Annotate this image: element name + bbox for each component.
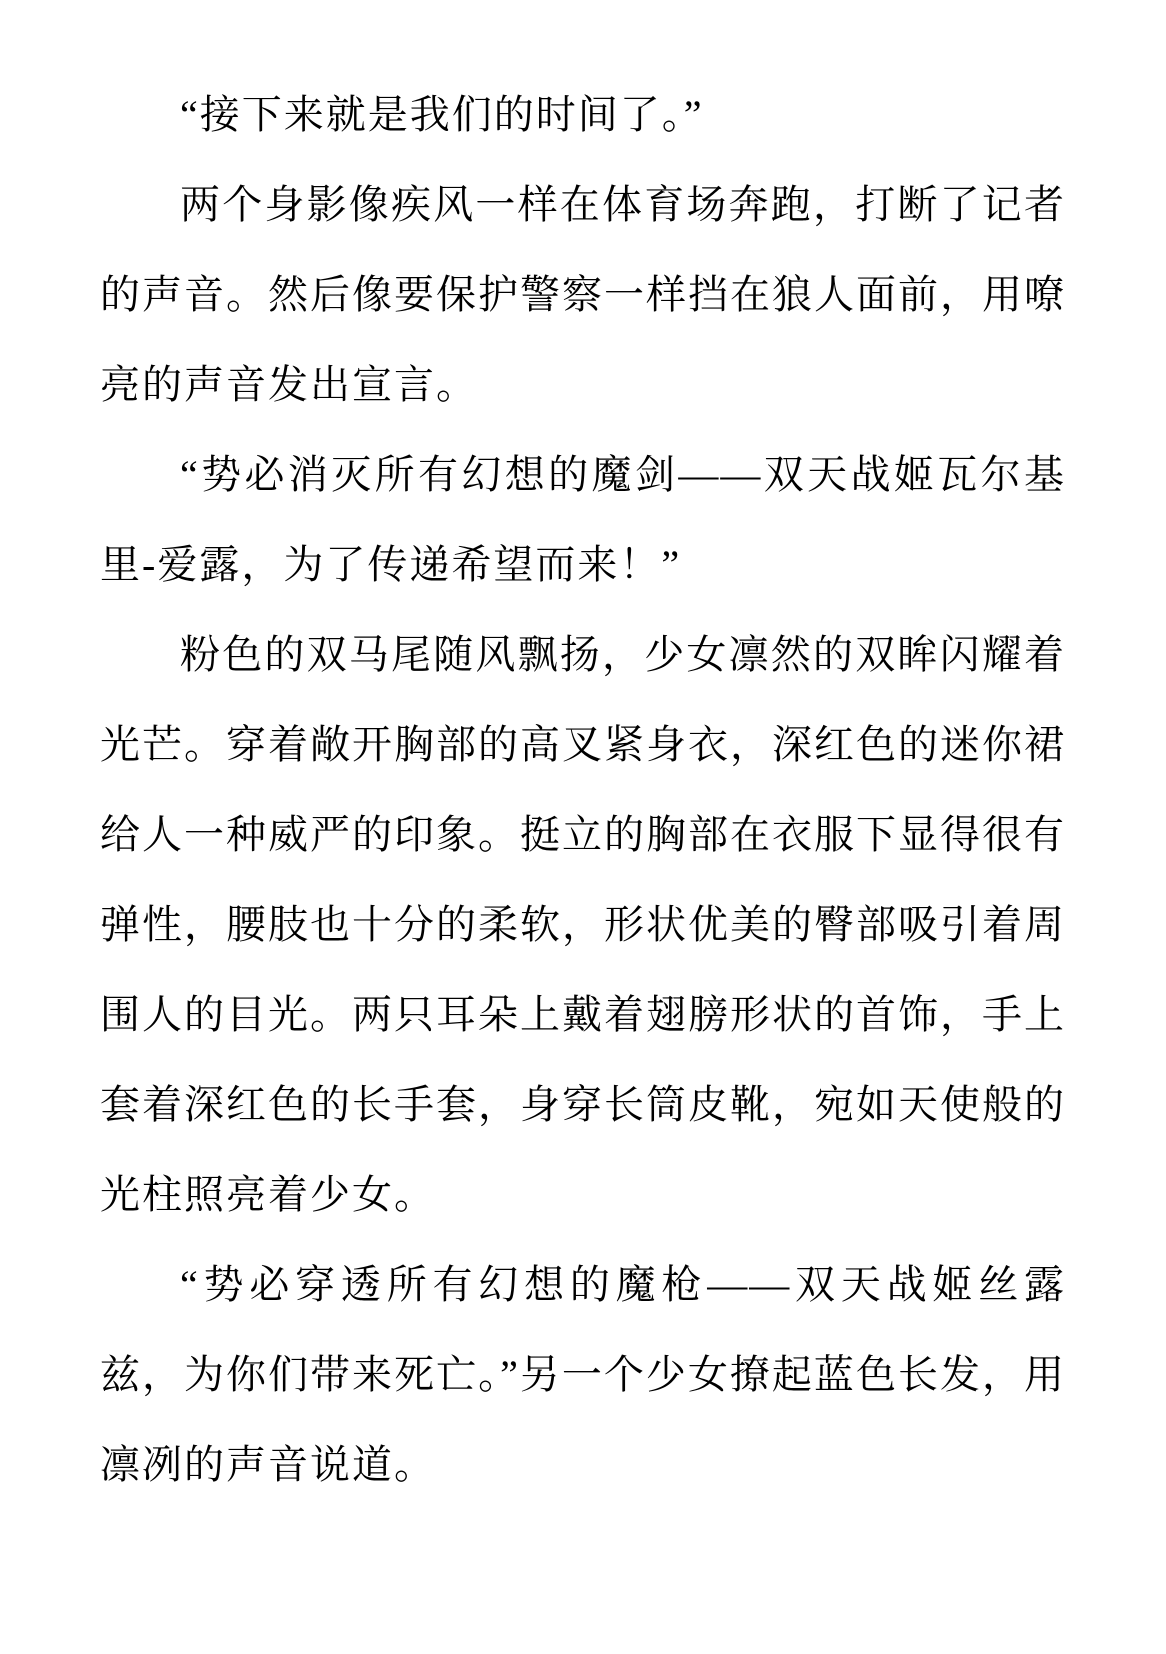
paragraph-dialogue-3: “势必穿透所有幻想的魔枪——双天战姬丝露兹，为你们带来死亡。”另一个少女撩起蓝色…: [100, 1240, 1066, 1510]
paragraph-dialogue-2: “势必消灭所有幻想的魔剑——双天战姬瓦尔基里-爱露，为了传递希望而来！”: [100, 430, 1066, 610]
paragraph-dialogue-1: “接下来就是我们的时间了。”: [100, 70, 1066, 160]
paragraph-narration-2: 粉色的双马尾随风飘扬，少女凛然的双眸闪耀着光芒。穿着敞开胸部的高叉紧身衣，深红色…: [100, 610, 1066, 1240]
document-page: “接下来就是我们的时间了。” 两个身影像疾风一样在体育场奔跑，打断了记者的声音。…: [0, 0, 1166, 1654]
paragraph-narration-1: 两个身影像疾风一样在体育场奔跑，打断了记者的声音。然后像要保护警察一样挡在狼人面…: [100, 160, 1066, 430]
